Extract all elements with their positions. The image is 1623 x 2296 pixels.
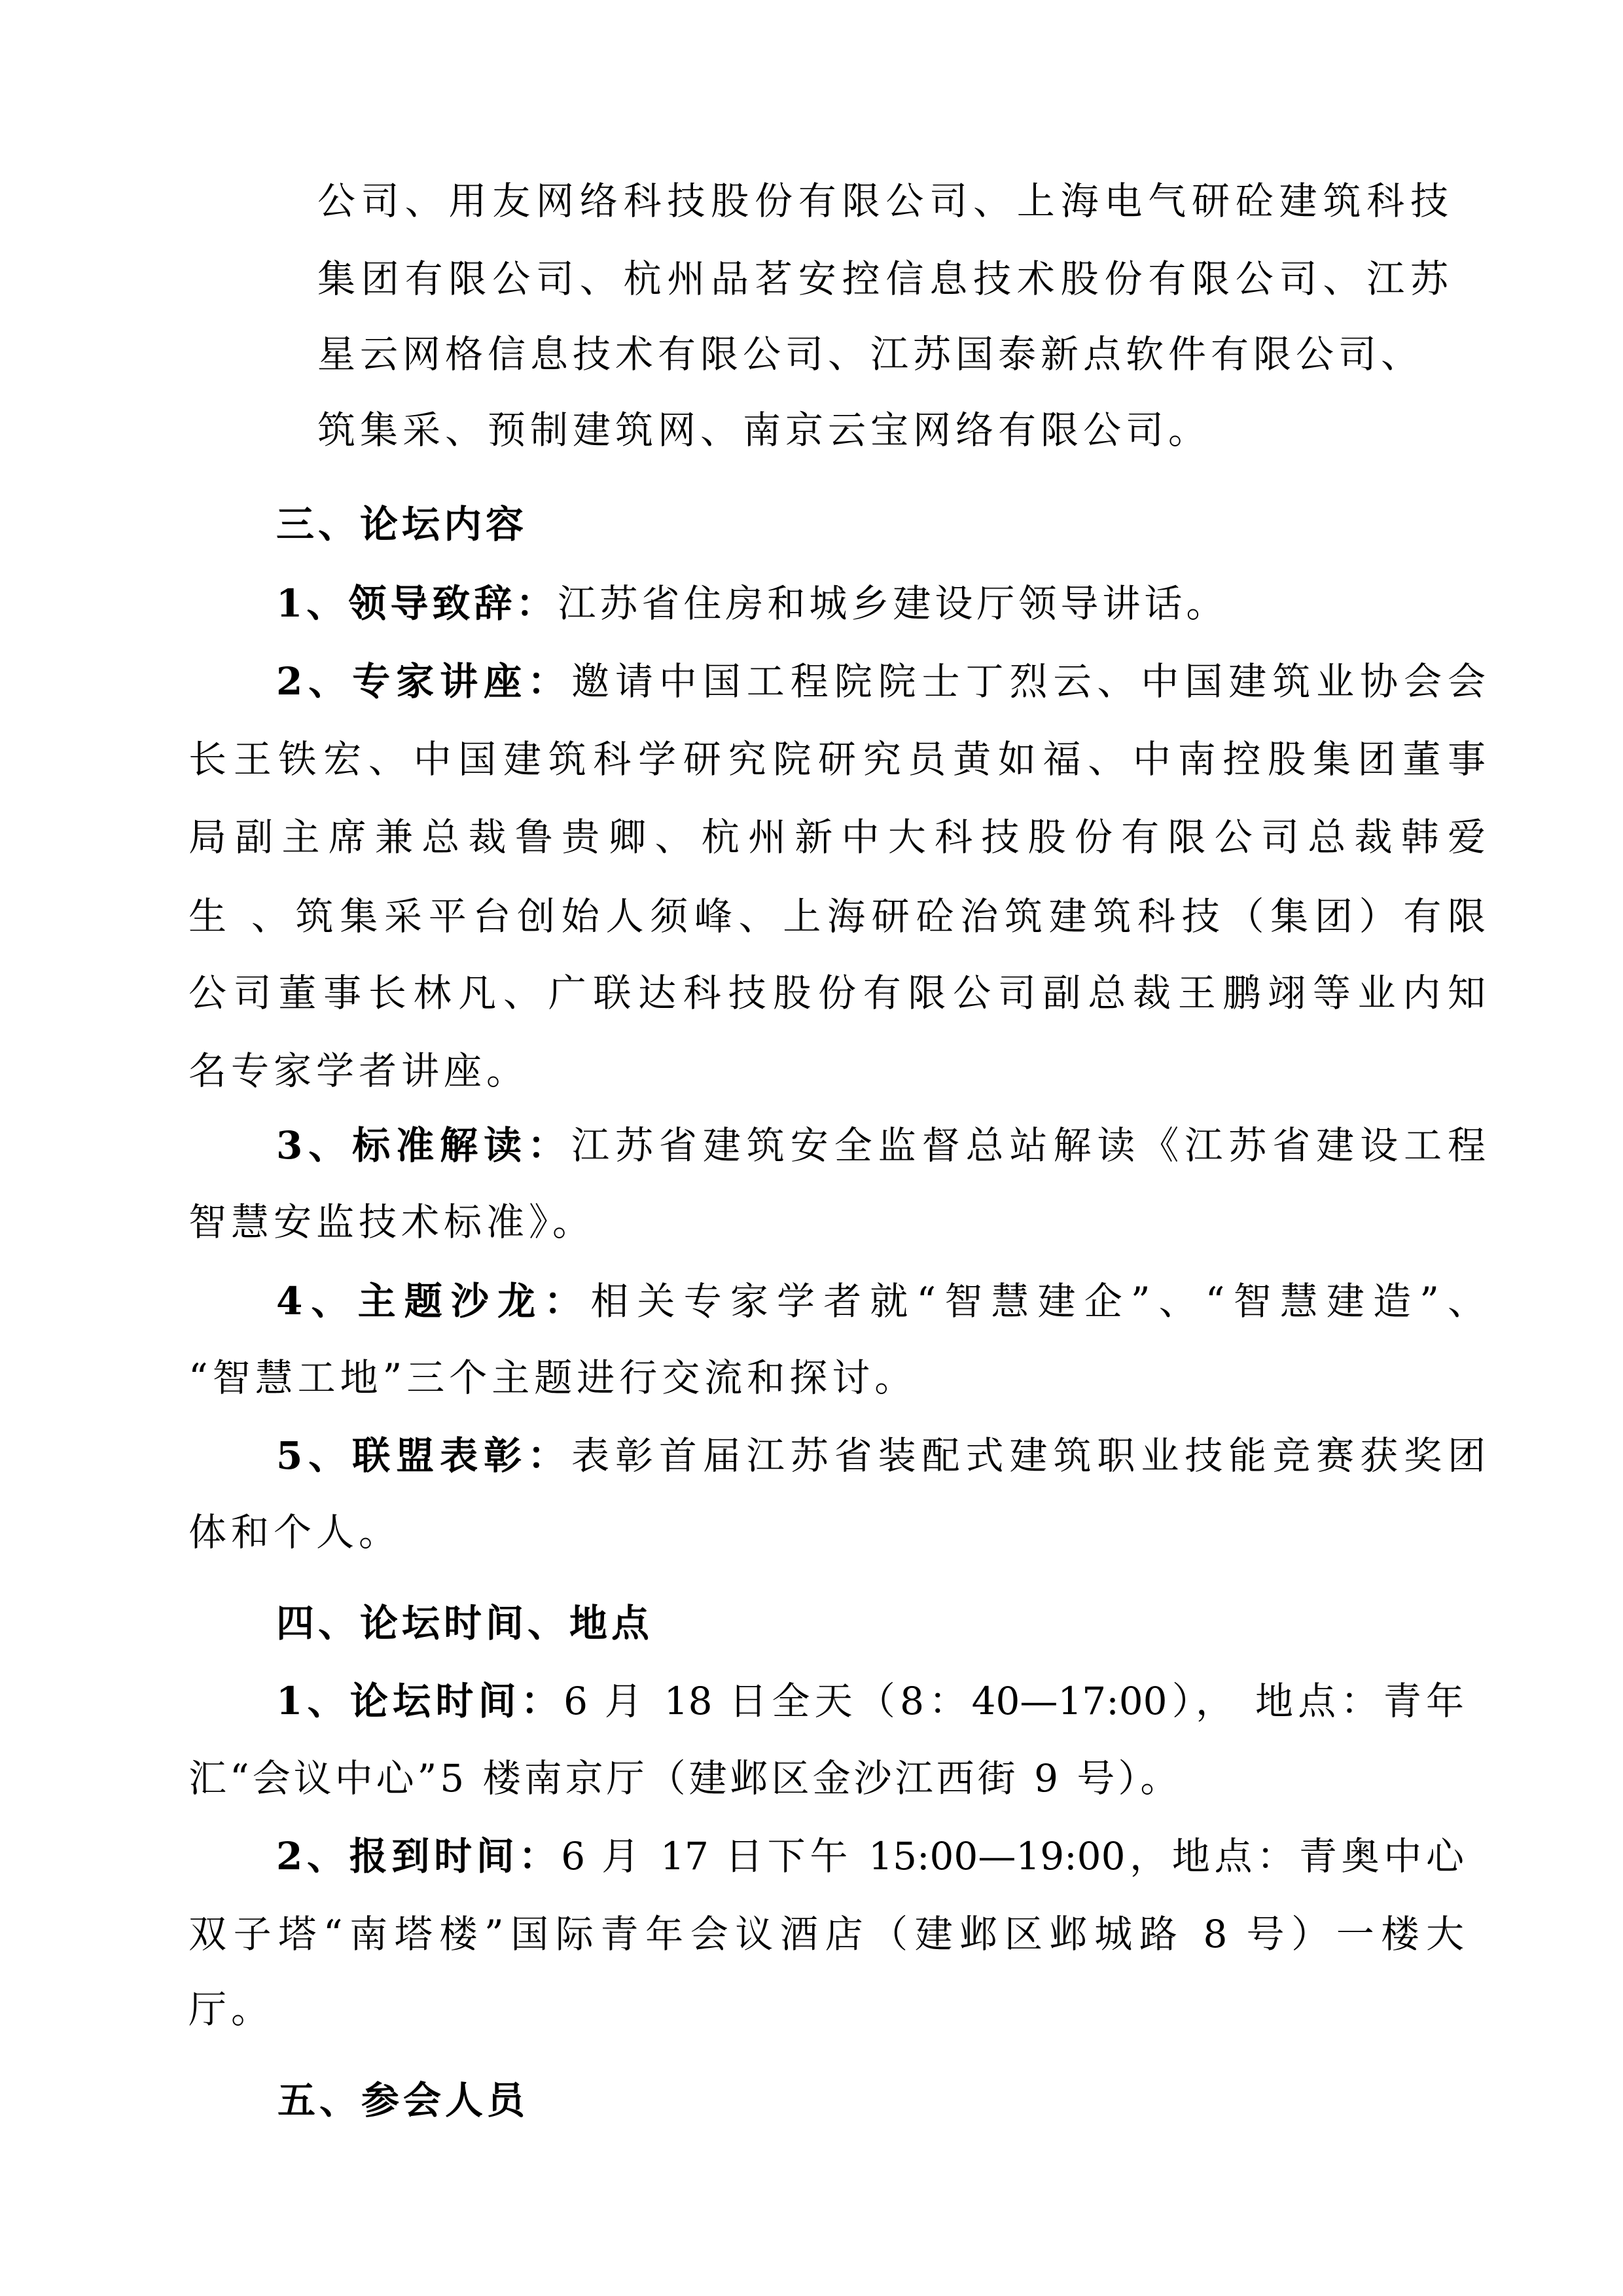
item-label: 1、论坛时间： bbox=[276, 1679, 563, 1723]
continuation-line: 筑集采、预制建筑网、南京云宝网络有限公司。 bbox=[317, 407, 1211, 453]
continuation-line: 公司、用友网络科技股份有限公司、上海电气研砼建筑科技 bbox=[317, 178, 1448, 224]
section-heading: 四、论坛时间、地点 bbox=[276, 1600, 653, 1646]
item-text: 相关专家学者就“智慧建企”、“智慧建造”、 bbox=[590, 1279, 1486, 1323]
item-continuation: “智慧工地”三个主题进行交流和探讨。 bbox=[188, 1355, 917, 1401]
item-text: 6 月 18 日全天（8：40—17:00）， 地点：青年 bbox=[563, 1679, 1464, 1723]
section-heading: 三、论坛内容 bbox=[276, 501, 527, 547]
item-continuation: 厅。 bbox=[188, 1986, 274, 2032]
item-text: 江苏省建筑安全监督总站解读《江苏省建设工程 bbox=[571, 1123, 1486, 1168]
item-continuation: 名专家学者讲座。 bbox=[188, 1048, 529, 1094]
item-continuation: 体和个人。 bbox=[188, 1509, 401, 1555]
item-label: 3、标准解读： bbox=[276, 1123, 571, 1168]
item-continuation: 长王铁宏、中国建筑科学研究院研究员黄如福、中南控股集团董事 bbox=[188, 736, 1486, 782]
section-heading: 五、参会人员 bbox=[277, 2077, 529, 2123]
list-item: 2、报到时间：6 月 17 日下午 15:00—19:00，地点：青奥中心 bbox=[276, 1833, 1464, 1879]
continuation-line: 集团有限公司、杭州品茗安控信息技术股份有限公司、江苏 bbox=[317, 256, 1448, 302]
item-text: 江苏省住房和城乡建设厅领导讲话。 bbox=[558, 581, 1228, 626]
item-label: 4、主题沙龙： bbox=[276, 1279, 590, 1323]
item-continuation: 智慧安监技术标准》。 bbox=[188, 1199, 595, 1245]
item-text: 表彰首届江苏省装配式建筑职业技能竞赛获奖团 bbox=[571, 1433, 1486, 1478]
item-continuation: 双子塔“南塔楼”国际青年会议酒店（建邺区邺城路 8 号）一楼大 bbox=[188, 1911, 1464, 1957]
list-item: 4、主题沙龙：相关专家学者就“智慧建企”、“智慧建造”、 bbox=[276, 1278, 1486, 1324]
item-label: 1、领导致辞： bbox=[276, 581, 558, 626]
list-item: 2、专家讲座：邀请中国工程院院士丁烈云、中国建筑业协会会 bbox=[276, 658, 1486, 704]
item-label: 2、专家讲座： bbox=[276, 659, 571, 704]
item-label: 2、报到时间： bbox=[276, 1834, 561, 1878]
item-continuation: 公司董事长林凡、广联达科技股份有限公司副总裁王鹏翊等业内知 bbox=[188, 970, 1486, 1016]
list-item: 5、联盟表彰：表彰首届江苏省装配式建筑职业技能竞赛获奖团 bbox=[276, 1433, 1486, 1479]
continuation-line: 星云网格信息技术有限公司、江苏国泰新点软件有限公司、 bbox=[317, 331, 1448, 377]
list-item: 1、领导致辞：江苏省住房和城乡建设厅领导讲话。 bbox=[276, 581, 1228, 626]
list-item: 3、标准解读：江苏省建筑安全监督总站解读《江苏省建设工程 bbox=[276, 1122, 1486, 1168]
item-continuation: 生 、筑集采平台创始人须峰、上海研砼治筑建筑科技（集团）有限 bbox=[188, 893, 1486, 939]
item-continuation: 汇“会议中心”5 楼南京厅（建邺区金沙江西街 9 号）。 bbox=[188, 1755, 1181, 1801]
item-text: 邀请中国工程院院士丁烈云、中国建筑业协会会 bbox=[571, 659, 1486, 704]
item-continuation: 局副主席兼总裁鲁贵卿、杭州新中大科技股份有限公司总裁韩爱 bbox=[188, 814, 1486, 860]
list-item: 1、论坛时间：6 月 18 日全天（8：40—17:00）， 地点：青年 bbox=[276, 1678, 1464, 1724]
item-label: 5、联盟表彰： bbox=[276, 1433, 571, 1478]
item-text: 6 月 17 日下午 15:00—19:00，地点：青奥中心 bbox=[561, 1834, 1464, 1878]
